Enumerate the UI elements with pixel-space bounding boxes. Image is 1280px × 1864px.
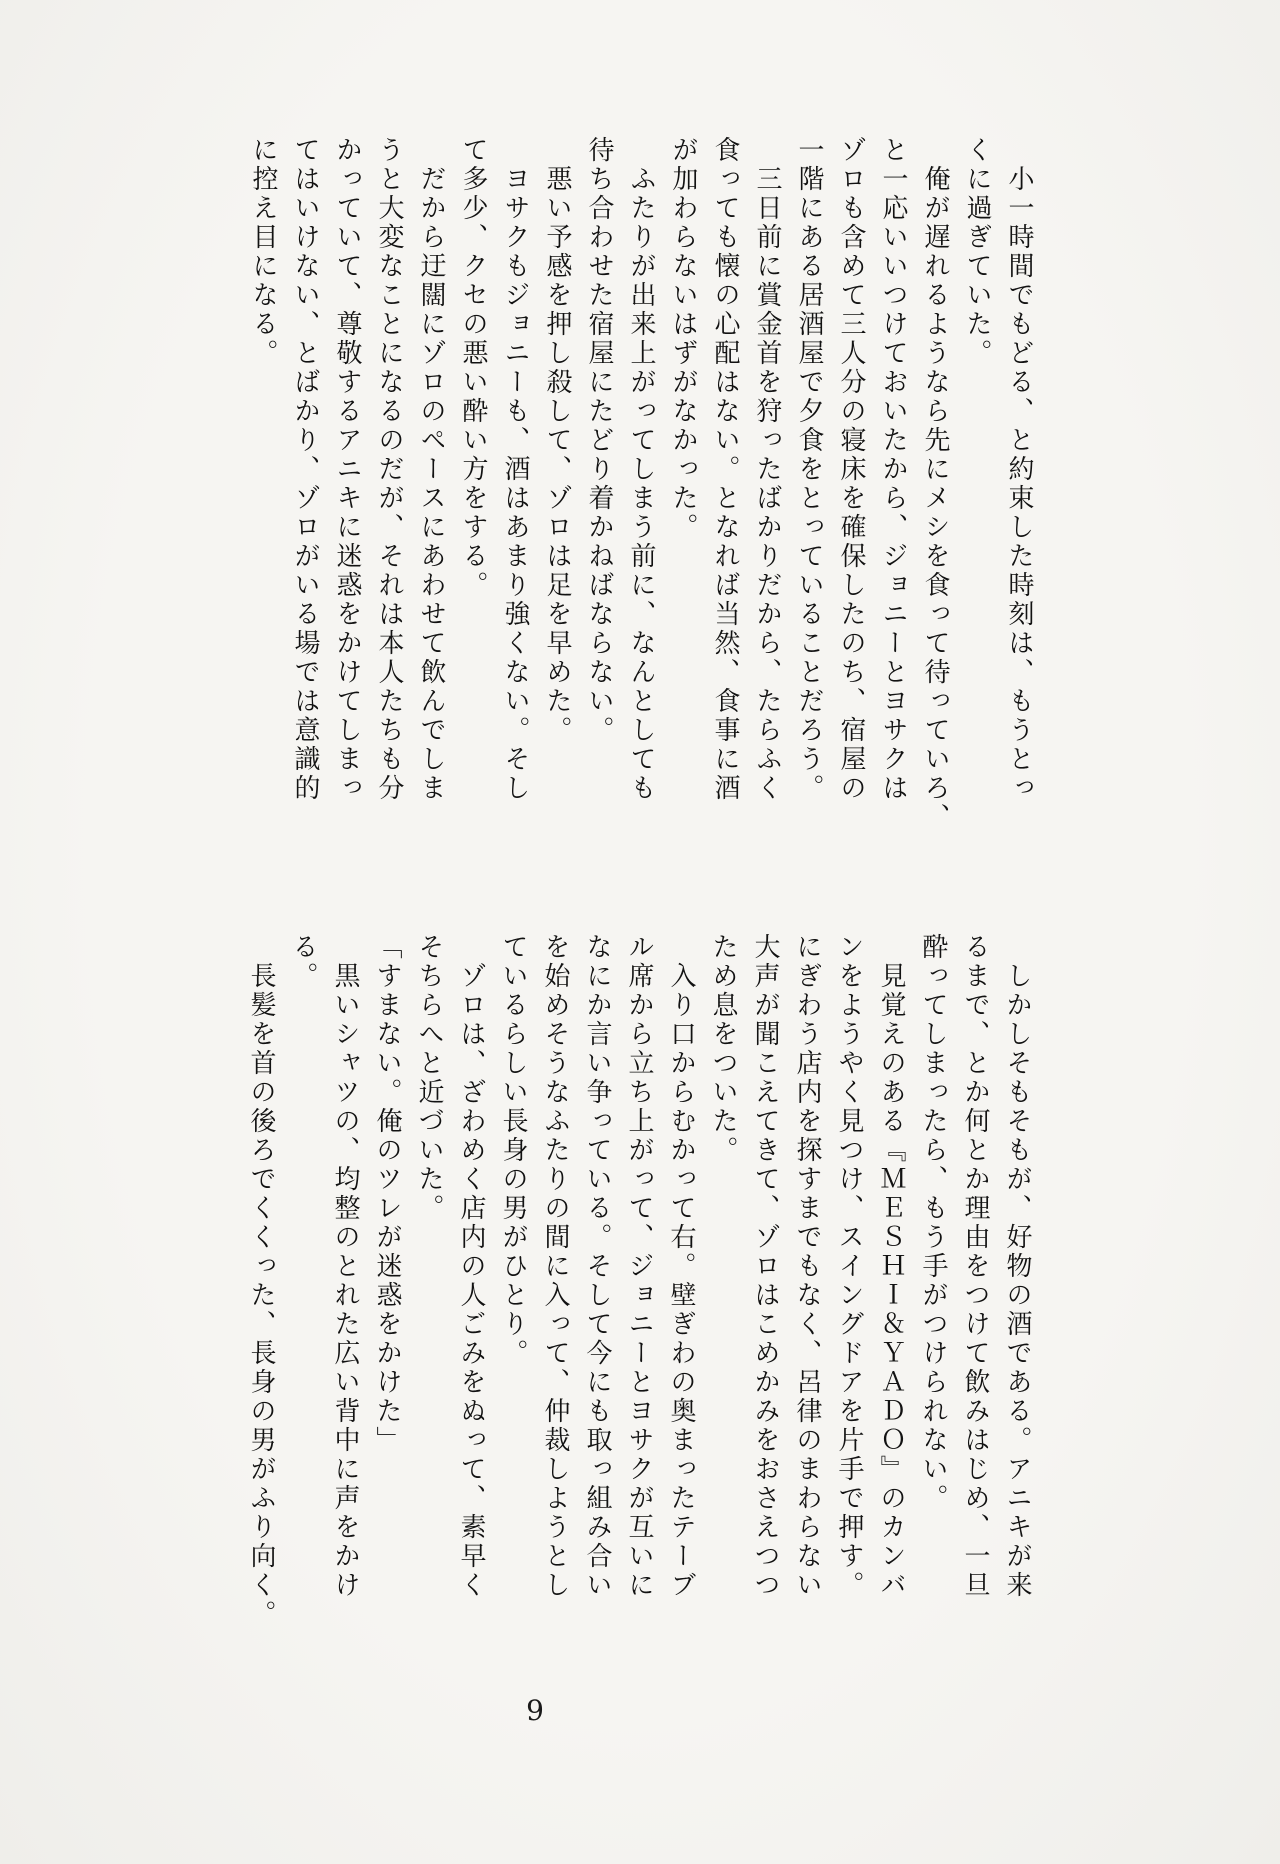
text-column: しかしそもそもが、好物の酒である。アニキが来 [996,933,1038,1649]
text-column: 食っても懐の心配はない。となれば当然、食事に酒 [704,136,746,852]
text-column: る。 [282,933,324,1649]
text-column: が加わらないはずがなかった。 [662,136,704,852]
text-column: ンをようやく見つけ、スイングドアを片手で押す。 [828,933,870,1649]
text-column: かっていて、尊敬するアニキに迷惑をかけてしまっ [326,136,368,852]
text-column: を始めそうなふたりの間に入って、仲裁しようとし [534,933,576,1649]
text-block-top: 小一時間でもどる、と約束した時刻は、もうとっくに過ぎていた。俺が遅れるようなら先… [242,136,1040,852]
text-column: だから迂闊にゾロのペースにあわせて飲んでしま [410,136,452,852]
text-column: に控え目になる。 [242,136,284,852]
text-column: 見覚えのある『ＭＥＳＨＩ＆ＹＡＤＯ』のカンバ [870,933,912,1649]
text-column: ゾロは、ざわめく店内の人ごみをぬって、素早く [450,933,492,1649]
text-column: て多少、クセの悪い酔い方をする。 [452,136,494,852]
text-column: 入り口からむかって右。壁ぎわの奥まったテーブ [660,933,702,1649]
text-column: 一階にある居酒屋で夕食をとっていることだろう。 [788,136,830,852]
text-column: ているらしい長身の男がひとり。 [492,933,534,1649]
text-column: 悪い予感を押し殺して、ゾロは足を早めた。 [536,136,578,852]
text-column: うと大変なことになるのだが、それは本人たちも分 [368,136,410,852]
text-column: るまで、とか何とか理由をつけて飲みはじめ、一旦 [954,933,996,1649]
text-column: 酔ってしまったら、もう手がつけられない。 [912,933,954,1649]
text-column: 「すまない。俺のツレが迷惑をかけた」 [366,933,408,1649]
text-column: と一応いいつけておいたから、ジョニーとヨサクは [872,136,914,852]
text-column: ふたりが出来上がってしまう前に、なんとしても [620,136,662,852]
text-column: 三日前に賞金首を狩ったばかりだから、たらふく [746,136,788,852]
text-column: なにか言い争っている。そして今にも取っ組み合い [576,933,618,1649]
page-number: 9 [505,1694,565,1727]
scanned-page: 小一時間でもどる、と約束した時刻は、もうとっくに過ぎていた。俺が遅れるようなら先… [0,0,1280,1864]
text-column: 俺が遅れるようなら先にメシを食って待っていろ、 [914,136,956,852]
text-column: ル席から立ち上がって、ジョニーとヨサクが互いに [618,933,660,1649]
text-column: にぎわう店内を探すまでもなく、呂律のまわらない [786,933,828,1649]
text-column: ヨサクもジョニーも、酒はあまり強くない。そし [494,136,536,852]
text-block-bottom: しかしそもそもが、好物の酒である。アニキが来るまで、とか何とか理由をつけて飲みは… [240,933,1038,1649]
text-column: 待ち合わせた宿屋にたどり着かねばならない。 [578,136,620,852]
text-column: 大声が聞こえてきて、ゾロはこめかみをおさえつつ [744,933,786,1649]
text-column: くに過ぎていた。 [956,136,998,852]
text-column: ため息をついた。 [702,933,744,1649]
text-column: てはいけない、とばかり、ゾロがいる場では意識的 [284,136,326,852]
text-column: そちらへと近づいた。 [408,933,450,1649]
text-column: 小一時間でもどる、と約束した時刻は、もうとっ [998,136,1040,852]
text-column: ゾロも含めて三人分の寝床を確保したのち、宿屋の [830,136,872,852]
text-column: 長髪を首の後ろでくくった、長身の男がふり向く。 [240,933,282,1649]
text-column: 黒いシャツの、均整のとれた広い背中に声をかけ [324,933,366,1649]
